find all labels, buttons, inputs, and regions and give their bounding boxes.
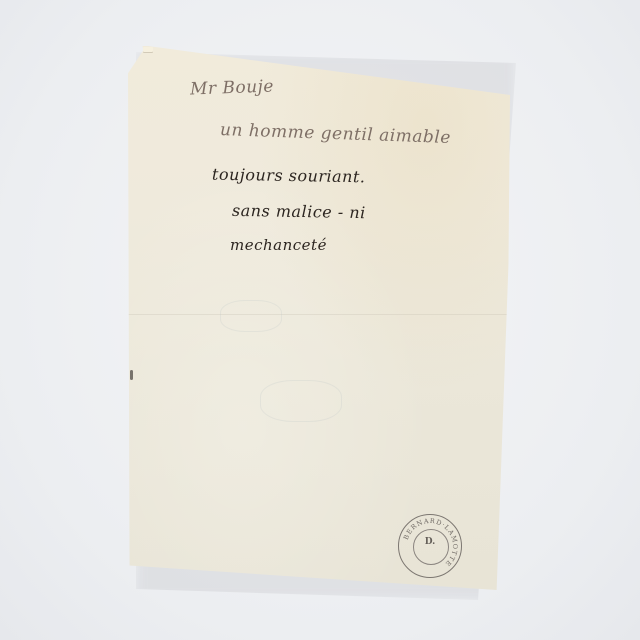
handwriting-line: Mr Bouje [190,77,275,100]
bleed-through-mark [220,300,282,332]
collector-stamp: BERNARD·LAMOTTE D. [398,514,462,578]
torn-corner [143,47,153,52]
handwriting-line: toujours souriant. [212,165,366,187]
fold-crease [128,314,510,315]
handwriting-line: sans malice - ni [232,201,366,222]
stamp-center-text: D. [399,537,461,547]
bleed-through-mark [260,380,342,422]
handwriting-line: mechanceté [230,236,327,254]
stamp-inner-ring [413,529,449,565]
edge-ink-mark [130,370,133,380]
photo-scene: Mr Bouje un homme gentil aimable toujour… [0,0,640,640]
